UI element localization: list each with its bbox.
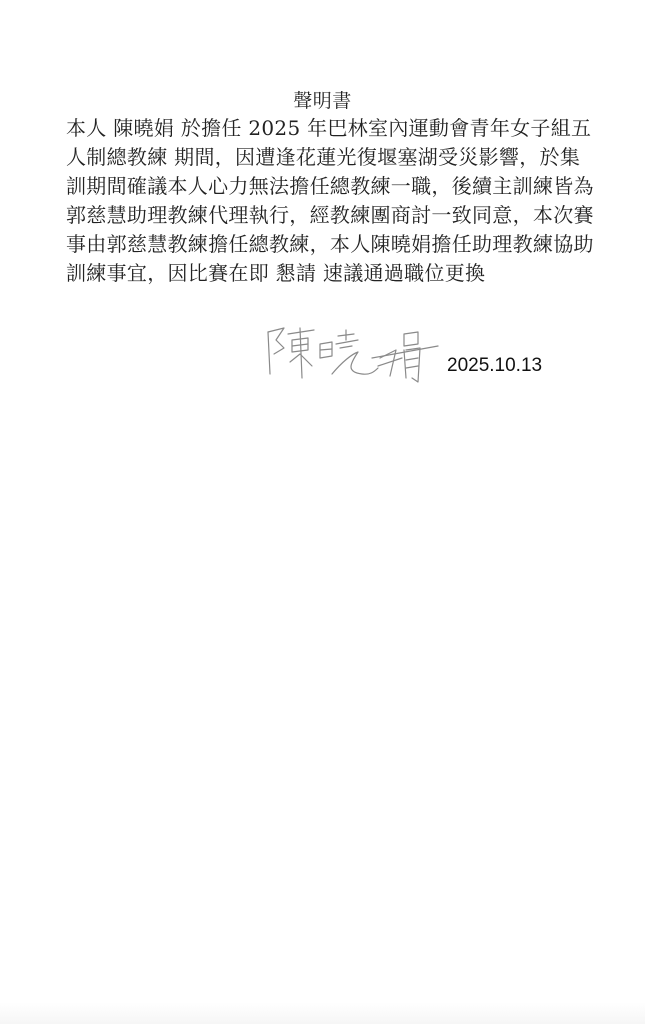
body-line-5: 事由郭慈慧教練擔任總教練，本人陳曉娟擔任助理教練協助: [66, 230, 586, 259]
body-line-3: 訓期間確議本人心力無法擔任總教練一職，後續主訓練皆為: [66, 172, 586, 201]
body-line-6: 訓練事宜，因比賽在即 懇請 速議通過職位更換: [66, 259, 586, 288]
body-line-2: 人制總教練 期間，因遭逢花蓮光復堰塞湖受災影響，於集: [66, 143, 586, 172]
document-title: 聲明書: [0, 88, 645, 114]
signature-image: [262, 318, 442, 388]
body-line-4: 郭慈慧助理教練代理執行，經教練團商討一致同意，本次賽: [66, 201, 586, 230]
document-body: 本人 陳曉娟 於擔任 2025 年巴林室內運動會青年女子組五 人制總教練 期間，…: [66, 114, 586, 288]
page-bottom-edge: [0, 1002, 645, 1024]
document-page: 聲明書 本人 陳曉娟 於擔任 2025 年巴林室內運動會青年女子組五 人制總教練…: [0, 0, 645, 1024]
body-line-1: 本人 陳曉娟 於擔任 2025 年巴林室內運動會青年女子組五: [66, 114, 586, 143]
signature-date: 2025.10.13: [447, 353, 542, 379]
